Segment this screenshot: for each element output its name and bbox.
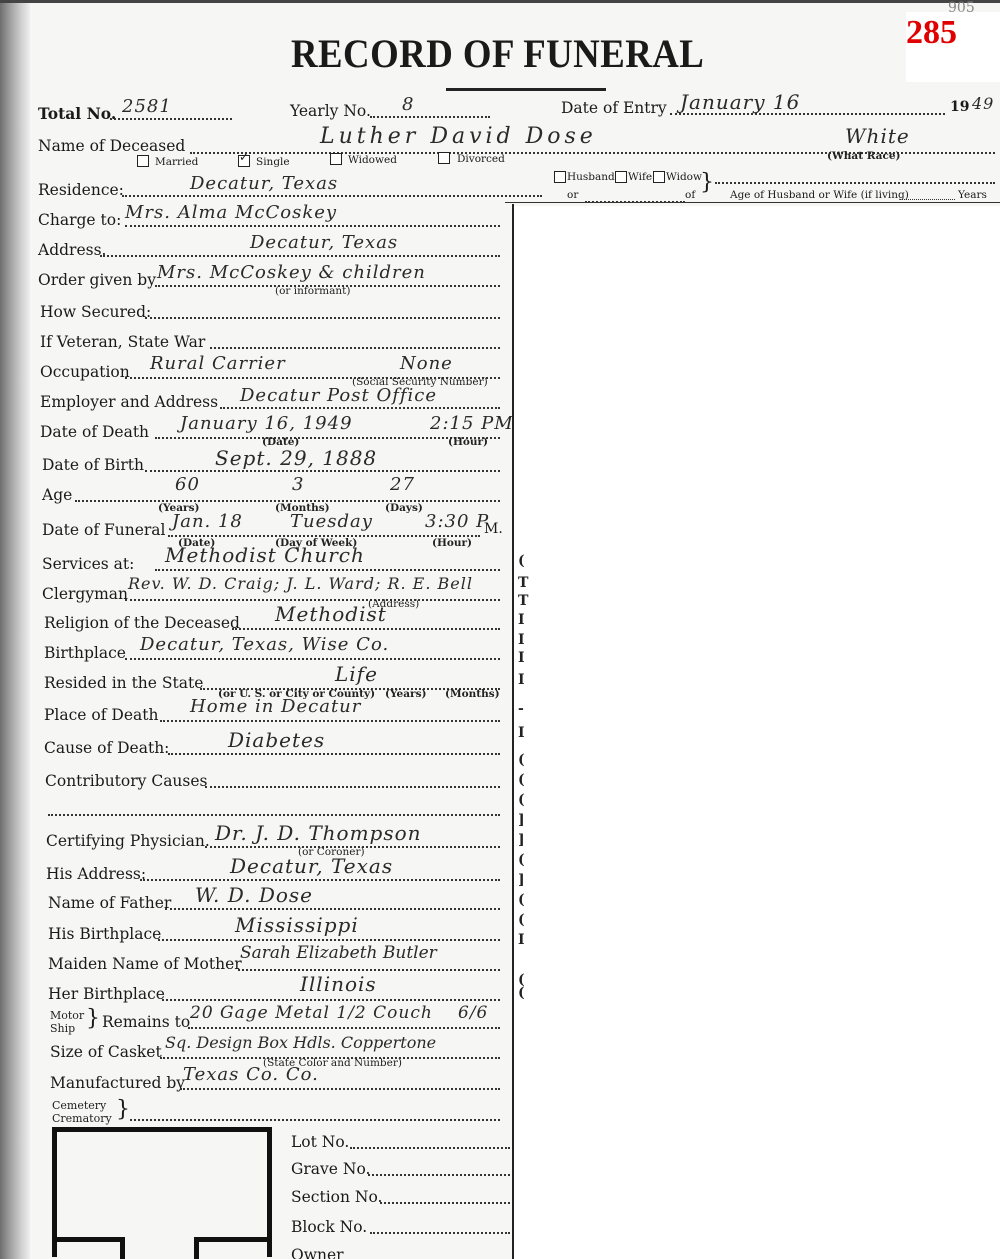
spouse-or-label: or [567,189,578,201]
order-given-by-label: Order given by [38,271,156,289]
race-value[interactable]: White [845,124,910,148]
age-days-sublabel: (Days) [385,502,423,514]
cause-of-death-label: Cause of Death: [44,739,169,757]
mother-maiden-name-label: Maiden Name of Mother [48,955,242,973]
age-label: Age [42,486,72,504]
resided-sublabel-months: (Months) [445,688,500,700]
manufactured-by-label: Manufactured by [50,1074,185,1092]
owner-label: Owner [291,1246,344,1259]
remains-to-dots [188,1025,500,1029]
birthplace-value[interactable]: Decatur, Texas, Wise Co. [140,634,389,655]
clipped-char: ( [518,792,525,808]
casket-size-label: Size of Casket [50,1043,162,1061]
date-of-death-value[interactable]: January 16, 1949 [180,413,353,434]
page-binding-shadow [0,0,30,1259]
married-label: Married [155,156,198,168]
wife-label: Wife [628,171,652,183]
employer-label: Employer and Address [40,393,218,411]
block-no-dots [370,1230,510,1234]
manufactured-by-value[interactable]: Texas Co. Co. [183,1064,319,1085]
resided-sublabel-years: (Years) [385,688,426,700]
ship-label: Ship [50,1022,75,1035]
employer-value[interactable]: Decatur Post Office [240,385,437,406]
checkmark-icon: ✓ [239,150,249,164]
grave-no-label: Grave No. [291,1160,370,1178]
clergyman-value[interactable]: Rev. W. D. Craig; J. L. Ward; R. E. Bell [128,574,473,593]
services-at-label: Services at: [42,555,134,573]
block-no-label: Block No. [291,1218,367,1236]
clipped-char: - [518,701,524,717]
lot-no-label: Lot No. [291,1133,349,1151]
column-divider [512,204,514,1259]
plot-diagram-foot [52,1237,125,1242]
title-underline [446,88,606,91]
contributory-causes-dots-line2 [48,812,500,816]
physician-address-label: His Address: [46,865,146,883]
funeral-day-value[interactable]: Tuesday [290,511,373,532]
hour-of-death-value[interactable]: 2:15 PM [430,413,514,434]
husband-checkbox[interactable] [554,171,566,183]
services-at-dots [155,567,500,571]
place-of-death-dots [160,718,500,722]
father-birthplace-dots [158,937,500,941]
charge-to-value[interactable]: Mrs. Alma McCoskey [125,202,337,223]
religion-value[interactable]: Methodist [275,602,387,626]
residence-value[interactable]: Decatur, Texas [190,173,338,194]
clipped-char: I [518,672,525,688]
funeral-hour-value[interactable]: 3:30 P [425,511,489,532]
mother-birthplace-label: Her Birthplace [48,985,165,1003]
how-secured-dots [145,315,500,319]
form-title: RECORD OF FUNERAL [291,30,704,77]
physician-address-value[interactable]: Decatur, Texas [230,854,393,878]
plot-diagram-stem [194,1237,199,1259]
address-dots [100,253,500,257]
charge-to-label: Charge to: [38,211,121,229]
father-birthplace-value[interactable]: Mississippi [235,913,359,937]
charge-to-dots [125,223,500,227]
residence-label: Residence: [38,181,124,199]
widowed-checkbox[interactable] [330,153,342,165]
casket-size-value[interactable]: Sq. Design Box Hdls. Coppertone [165,1033,436,1052]
clipped-char: I [518,932,525,948]
cause-of-death-dots [168,751,500,755]
cemetery-label: Cemetery [52,1099,106,1112]
spouse-of-label: of [685,189,695,201]
religion-label: Religion of the Deceased [44,614,240,632]
single-label: Single [256,156,290,168]
mother-birthplace-dots [162,997,500,1001]
date-of-death-hour-sublabel: (Hour) [448,436,488,448]
address-value[interactable]: Decatur, Texas [250,232,398,253]
occupation-value[interactable]: Rural Carrier [150,353,286,374]
total-no-value[interactable]: 2581 [122,96,172,117]
right-panel-blank [513,206,1000,1259]
mother-birthplace-value[interactable]: Illinois [300,972,377,996]
funeral-date-value[interactable]: Jan. 18 [172,511,243,532]
remains-to-value[interactable]: 20 Gage Metal 1/2 Couch [190,1003,433,1023]
page-top-edge [0,0,1000,3]
brace-icon: } [116,1097,130,1122]
veteran-label: If Veteran, State War [40,333,205,351]
order-given-by-value[interactable]: Mrs. McCoskey & children [157,262,426,283]
deceased-name-label: Name of Deceased [38,137,185,155]
place-of-death-value[interactable]: Home in Decatur [190,696,361,717]
clipped-char: ( [518,912,525,928]
funeral-hour-sublabel: (Hour) [432,537,472,549]
manufactured-by-dots [180,1086,500,1090]
motor-label: Motor [50,1009,84,1022]
lot-no-dots [350,1145,510,1149]
clergyman-label: Clergyman [42,585,128,603]
race-sublabel: (What Race) [827,150,901,162]
clipped-char: ( [518,772,525,788]
page-number: 285 [906,14,957,52]
father-name-label: Name of Father [48,894,171,912]
order-given-by-sublabel: (or informant) [275,285,350,297]
date-of-entry-year-prefix: 19 [950,99,969,115]
divorced-checkbox[interactable] [438,152,450,164]
certifying-physician-value[interactable]: Dr. J. D. Thompson [215,821,422,845]
birthplace-label: Birthplace [44,644,126,662]
address-label: Address. [38,241,106,259]
place-of-death-label: Place of Death [44,706,158,724]
single-checkbox[interactable]: ✓ [238,155,250,167]
total-no-label: Total No. [38,104,116,123]
father-birthplace-label: His Birthplace [48,925,161,943]
age-months-value[interactable]: 3 [292,474,304,495]
clipped-char: ] [518,872,525,888]
plot-diagram-stem [120,1237,125,1259]
clipped-char: I [518,650,525,666]
clipped-char: ( [518,892,525,908]
yearly-no-value[interactable]: 8 [402,94,414,115]
brace-icon: } [86,1006,100,1031]
plot-diagram-foot [194,1237,267,1242]
clipped-char: I [518,612,525,628]
spouse-age-unit: Years [958,189,987,201]
funeral-hour-suffix: M. [484,521,503,537]
resided-in-state-label: Resided in the State [44,674,203,692]
clipped-char: ( [518,553,525,569]
deceased-name-value[interactable]: Luther David Dose [320,124,597,149]
cause-of-death-value[interactable]: Diabetes [228,728,325,752]
father-name-value[interactable]: W. D. Dose [195,883,313,907]
resided-in-state-value[interactable]: Life [335,662,378,686]
contributory-causes-label: Contributory Causes [45,772,208,790]
section-no-label: Section No. [291,1188,382,1206]
widow-checkbox[interactable] [653,171,665,183]
section-no-dots [380,1200,510,1204]
date-of-entry-label: Date of Entry [561,99,667,117]
husband-label: Husband [567,171,615,183]
date-of-entry-year-value[interactable]: 49 [972,94,994,113]
date-of-entry-value[interactable]: January 16 [680,90,800,114]
mother-maiden-name-dots [238,967,500,971]
clergyman-dots [125,597,500,601]
crematory-label: Crematory [52,1112,112,1125]
wife-checkbox[interactable] [615,171,627,183]
spouse-age-label: Age of Husband or Wife (if living) [730,189,909,201]
mother-maiden-name-value[interactable]: Sarah Elizabeth Butler [240,943,437,963]
spouse-age-dots [900,197,955,200]
widow-label: Widow [666,171,702,183]
grave-no-dots [368,1172,510,1176]
clipped-char: ] [518,832,525,848]
right-panel-top-rule [505,202,1000,203]
date-of-birth-value[interactable]: Sept. 29, 1888 [215,446,377,470]
cemetery-dots [130,1117,500,1121]
yearly-no-dots [370,114,490,118]
veteran-dots [210,345,500,349]
clipped-char: ( [518,852,525,868]
spouse-dots [715,180,995,184]
contributory-causes-dots [205,784,500,788]
clipped-char: T [518,575,528,591]
age-years-value[interactable]: 60 [175,474,200,495]
how-secured-label: How Secured: [40,303,151,321]
brace-icon: } [700,170,714,195]
divorced-label: Divorced [457,153,505,165]
clipped-char: I [518,725,525,741]
clipped-char: I [518,632,525,648]
religion-dots [232,626,500,630]
clipped-char: ( [518,752,525,768]
social-security-value[interactable]: None [400,353,453,374]
age-days-value[interactable]: 27 [390,474,415,495]
birthplace-dots [125,656,500,660]
remains-to-label: Remains to [102,1013,190,1031]
remains-to-extra-value[interactable]: 6/6 [458,1003,488,1023]
clipped-char: ( [518,985,525,1001]
occupation-label: Occupation [40,363,130,381]
clipped-char: ] [518,812,525,828]
date-of-birth-label: Date of Birth [42,456,144,474]
services-at-value[interactable]: Methodist Church [165,543,365,567]
date-of-funeral-label: Date of Funeral [42,521,166,539]
date-of-death-label: Date of Death [40,423,149,441]
married-checkbox[interactable] [137,155,149,167]
yearly-no-label: Yearly No. [290,102,371,120]
clipped-char: T [518,593,528,609]
widowed-label: Widowed [348,154,397,166]
certifying-physician-label: Certifying Physician. [46,832,210,850]
